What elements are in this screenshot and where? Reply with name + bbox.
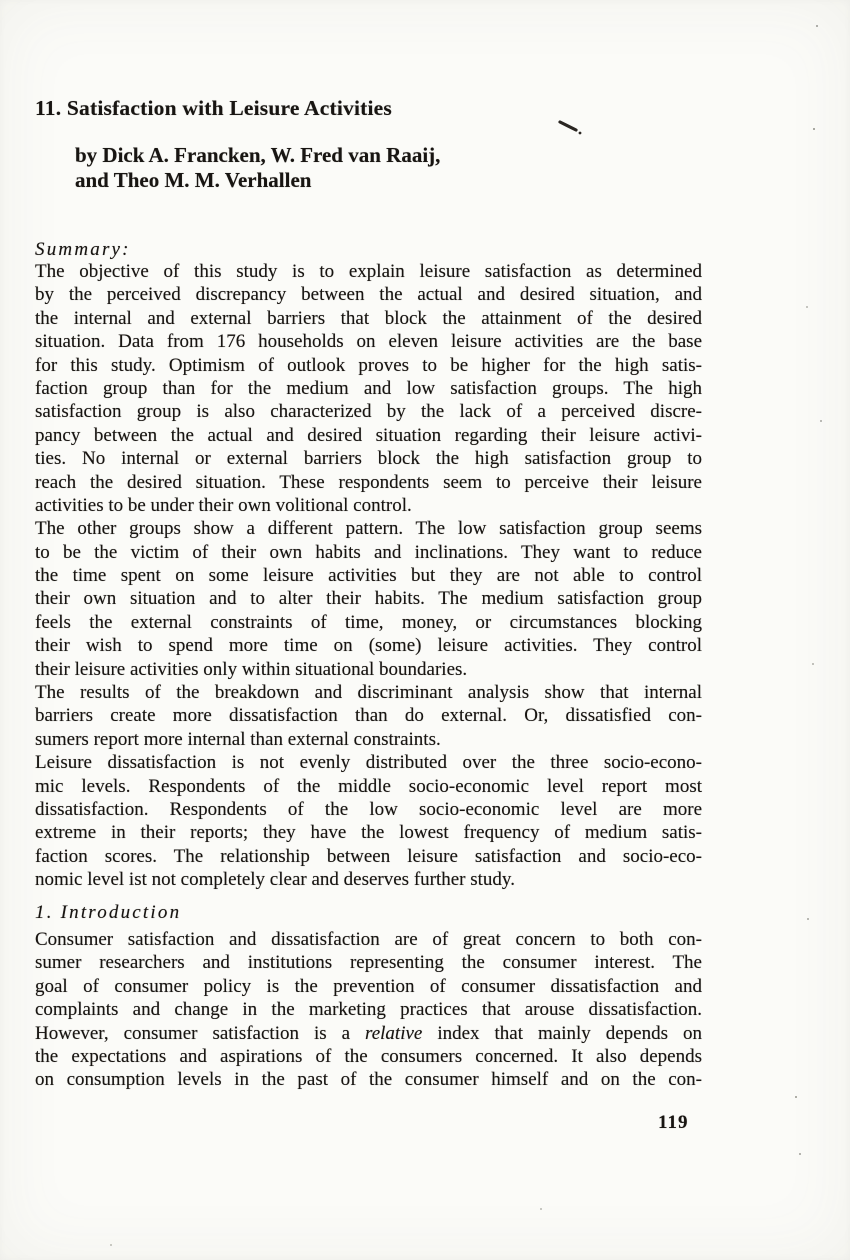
scan-speck xyxy=(806,306,808,308)
intro-line: the expectations and aspirations of the … xyxy=(35,1045,702,1068)
intro-line-post: index that mainly depends on xyxy=(422,1023,702,1044)
summary-line: pancy between the actual and desired sit… xyxy=(35,424,702,447)
summary-line: by the perceived discrepancy between the… xyxy=(35,283,702,306)
summary-line: their wish to spend more time on (some) … xyxy=(35,634,702,657)
intro-line-pre: However, consumer satisfaction is a xyxy=(35,1023,365,1044)
summary-line: for this study. Optimism of outlook prov… xyxy=(35,354,702,377)
summary-line: The results of the breakdown and discrim… xyxy=(35,681,702,704)
summary-line: faction group than for the medium and lo… xyxy=(35,377,702,400)
scan-speck xyxy=(795,1096,797,1098)
summary-line: to be the victim of their own habits and… xyxy=(35,541,702,564)
summary-line: reach the desired situation. These respo… xyxy=(35,471,702,494)
summary-line: situation. Data from 176 households on e… xyxy=(35,330,702,353)
intro-line: goal of consumer policy is the preventio… xyxy=(35,975,702,998)
byline-line-2: and Theo M. M. Verhallen xyxy=(75,168,440,193)
pen-tick-mark-icon xyxy=(556,118,586,138)
summary-line: activities to be under their own volitio… xyxy=(35,494,702,517)
summary-text: The objective of this study is to explai… xyxy=(35,260,702,892)
summary-line: Leisure dissatisfaction is not evenly di… xyxy=(35,751,702,774)
byline-line-1: by Dick A. Francken, W. Fred van Raaij, xyxy=(75,143,440,168)
summary-line: mic levels. Respondents of the middle so… xyxy=(35,775,702,798)
introduction-heading: 1. Introduction xyxy=(35,902,181,924)
intro-line: sumer researchers and institutions repre… xyxy=(35,951,702,974)
summary-line: their own situation and to alter their h… xyxy=(35,587,702,610)
chapter-title: 11. Satisfaction with Leisure Activities xyxy=(35,96,392,121)
summary-line: ties. No internal or external barriers b… xyxy=(35,447,702,470)
scan-speck xyxy=(799,1153,801,1155)
summary-line: nomic level ist not completely clear and… xyxy=(35,868,702,891)
scan-speck xyxy=(807,918,809,920)
summary-line: the internal and external barriers that … xyxy=(35,307,702,330)
summary-line: extreme in their reports; they have the … xyxy=(35,821,702,844)
author-byline: by Dick A. Francken, W. Fred van Raaij, … xyxy=(75,143,440,192)
summary-line: sumers report more internal than externa… xyxy=(35,728,702,751)
summary-line: faction scores. The relationship between… xyxy=(35,845,702,868)
scan-speck xyxy=(820,420,822,422)
intro-line: Consumer satisfaction and dissatisfactio… xyxy=(35,928,702,951)
scanned-paper-page: 11. Satisfaction with Leisure Activities… xyxy=(0,0,850,1260)
summary-line: feels the external constraints of time, … xyxy=(35,611,702,634)
summary-line: The other groups show a different patter… xyxy=(35,517,702,540)
summary-line: satisfaction group is also characterized… xyxy=(35,400,702,423)
scan-speck xyxy=(540,1208,542,1210)
intro-line: on consumption levels in the past of the… xyxy=(35,1068,702,1091)
scan-speck xyxy=(812,663,814,665)
summary-line: dissatisfaction. Respondents of the low … xyxy=(35,798,702,821)
summary-line: their leisure activities only within sit… xyxy=(35,658,702,681)
page-number: 119 xyxy=(658,1112,688,1134)
italic-word-relative: relative xyxy=(365,1023,422,1044)
scan-speck xyxy=(813,128,815,130)
summary-line: the time spent on some leisure activitie… xyxy=(35,564,702,587)
scan-speck xyxy=(110,1244,112,1246)
summary-line: barriers create more dissatisfaction tha… xyxy=(35,704,702,727)
summary-heading: Summary: xyxy=(35,239,131,261)
scan-speck xyxy=(816,25,818,27)
intro-line-with-italic: However, consumer satisfaction is a rela… xyxy=(35,1022,702,1045)
summary-line: The objective of this study is to explai… xyxy=(35,260,702,283)
intro-line: complaints and change in the marketing p… xyxy=(35,998,702,1021)
introduction-text: Consumer satisfaction and dissatisfactio… xyxy=(35,928,702,1092)
